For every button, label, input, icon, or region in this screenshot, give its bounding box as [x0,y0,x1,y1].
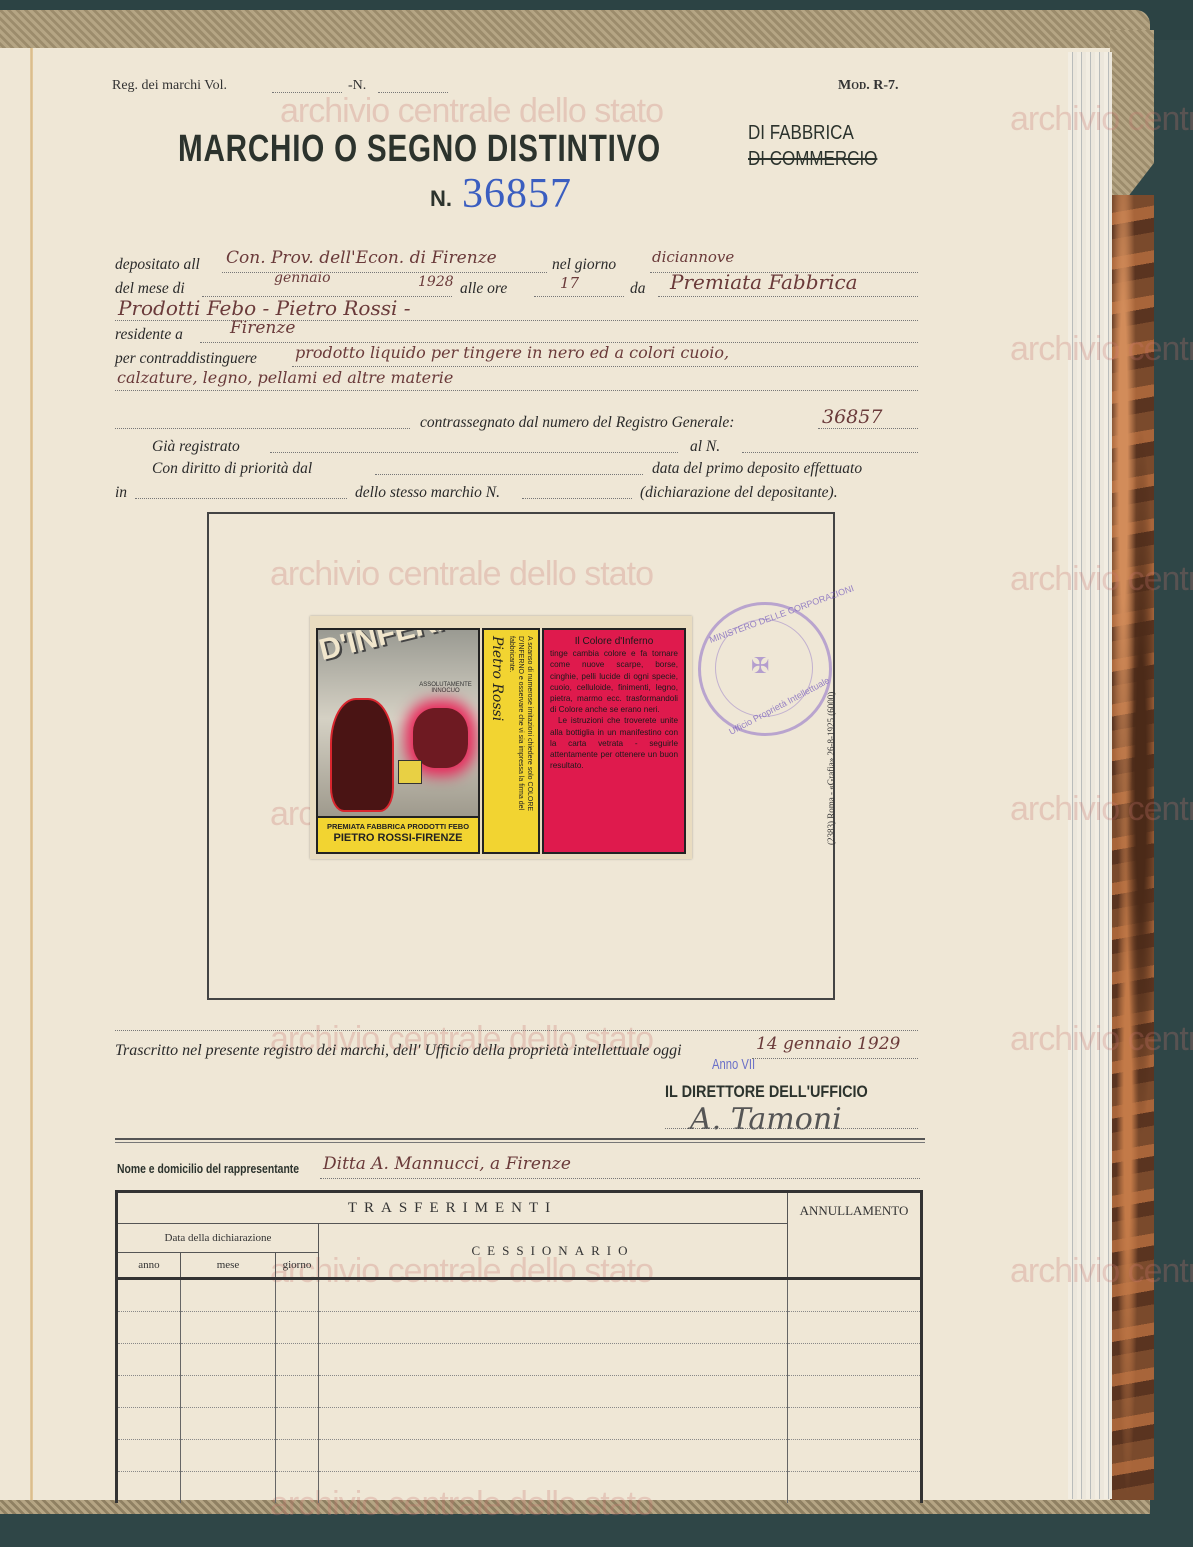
representative-label: Nome e domicilio del rappresentante [117,1161,299,1176]
cell-annullamento [788,1440,922,1472]
cell-annullamento [788,1344,922,1376]
director-label: IL DIRETTORE DELL'UFFICIO [665,1082,868,1102]
watermark: archivio centrale dello stato [1010,330,1193,369]
watermark: archivio centrale dello stato [280,92,663,131]
dotted-line [115,390,918,391]
cell-giorno [276,1279,319,1312]
residente-value: Firenze [230,318,295,338]
label-innocuo: ASSOLUTAMENTE INNOCUO [413,682,478,694]
anno-value: 1928 [418,274,454,290]
stamp-emblem-icon: ✠ [751,653,769,679]
reg-vol-field [272,92,342,93]
table-row [117,1472,922,1504]
cell-annullamento [788,1408,922,1440]
label-middle-text: A scanso di numerose imitazioni chiedere… [492,636,534,846]
number-label: N. [430,186,452,212]
section-divider [115,1138,925,1143]
da-value-cont: Prodotti Febo - Pietro Rossi - [118,296,411,320]
watermark: archivio centrale dello stato [1010,1252,1193,1291]
giorno-label: nel giorno [552,256,616,274]
dotted-line [375,474,643,475]
dotted-line [135,498,347,499]
cell-mese [181,1408,276,1440]
page-title: MARCHIO O SEGNO DISTINTIVO [178,128,661,171]
label-middle-signature: Pietro Rossi [492,636,501,846]
cell-giorno [276,1440,319,1472]
watermark: archivio centrale dello stato [1010,100,1193,139]
cell-mese [181,1472,276,1504]
cell-anno [117,1440,181,1472]
devil-illustration [332,700,392,810]
book-marbled-cover [1110,195,1154,1500]
dotted-line [534,296,624,297]
product-description-cont: calzature, legno, pellami ed altre mater… [117,368,453,387]
cell-mese [181,1376,276,1408]
dotted-line [320,1178,920,1179]
stesso-marchio-label: dello stesso marchio N. [355,484,500,502]
cell-annullamento [788,1376,922,1408]
model-code: Mod. R-7. [838,78,899,94]
cell-mese [181,1279,276,1312]
cell-cessionario [319,1279,788,1312]
registro-value: 36857 [822,406,882,428]
cell-cessionario [319,1472,788,1504]
dotted-line [222,272,547,273]
registro-label: contrassegnato dal numero del Registro G… [420,414,734,432]
depositato-value: Con. Prov. dell'Econ. di Firenze [226,248,497,268]
al-n-label: al N. [690,438,720,456]
giorno-value: diciannove [652,248,734,266]
transfers-title: TRASFERIMENTI [117,1192,788,1224]
watermark: archivio centrale dello stato [1010,560,1193,599]
label-right-text-2: Le istruzioni che troverete unite alla b… [550,715,678,771]
subtitle-fabbrica: DI FABBRICA [748,122,854,145]
label-illustration-panel: D'INFERNO ASSOLUTAMENTE INNOCUO PREMIATA… [316,628,480,854]
printer-note: (2383) Roma - «Grafia» 26-8-1925 (6000) [826,692,836,845]
ore-label: alle ore [460,280,507,298]
subtitle-commercio-struck: DI COMMERCIO [748,148,877,171]
col-annullamento: ANNULLAMENTO [788,1192,922,1279]
label-middle-panel: A scanso di numerose imitazioni chiedere… [482,628,540,854]
table-row [117,1376,922,1408]
cell-annullamento [788,1279,922,1312]
cell-giorno [276,1376,319,1408]
reg-n-field [378,92,448,93]
label-footer-line1: PREMIATA FABBRICA PRODOTTI FEBO [318,822,478,831]
table-row [117,1344,922,1376]
cell-cessionario [319,1344,788,1376]
anno-stamp: Anno VII [712,1056,755,1073]
ministry-stamp: MINISTERO DELLE CORPORAZIONI ✠ Ufficio P… [698,602,832,736]
dotted-line [658,296,918,297]
depositato-label: depositato all [115,256,200,274]
cell-giorno [276,1344,319,1376]
cell-cessionario [319,1408,788,1440]
cell-giorno [276,1312,319,1344]
cell-anno [117,1312,181,1344]
product-description: prodotto liquido per tingere in nero ed … [295,343,729,362]
watermark: archivio centrale dello stato [1010,1020,1193,1059]
transfers-table: TRASFERIMENTI ANNULLAMENTO Data della di… [115,1190,923,1503]
in-label: in [115,484,127,502]
bucket-illustration [398,760,422,784]
transcription-text: Trascritto nel presente registro dei mar… [115,1042,682,1060]
dotted-line [752,1058,918,1059]
date-group-header: Data della dichiarazione [117,1224,319,1253]
label-right-text-1: tinge cambia colore e fa tornare come nu… [550,648,678,715]
dotted-line [742,452,918,453]
col-mese: mese [181,1253,276,1279]
watermark: archivio centrale dello stato [1010,790,1193,829]
cell-anno [117,1376,181,1408]
cell-anno [117,1279,181,1312]
cell-anno [117,1472,181,1504]
cell-anno [117,1344,181,1376]
cell-cessionario [319,1440,788,1472]
cell-giorno [276,1472,319,1504]
dotted-line [115,428,410,429]
label-footer: PREMIATA FABBRICA PRODOTTI FEBO PIETRO R… [318,816,478,852]
cell-annullamento [788,1312,922,1344]
cell-cessionario [319,1312,788,1344]
da-value: Premiata Fabbrica [670,270,858,294]
label-brand: D'INFERNO [316,628,480,668]
contraddistinguere-label: per contraddistinguere [115,350,257,368]
cell-annullamento [788,1472,922,1504]
col-giorno: giorno [276,1253,319,1279]
book-gutter [30,48,33,1503]
cell-mese [181,1312,276,1344]
trademark-number: 36857 [462,170,572,218]
cell-mese [181,1440,276,1472]
table-row [117,1408,922,1440]
reg-vol-label: Reg. dei marchi Vol. [112,78,227,94]
table-row [117,1279,922,1312]
dichiarazione-label: (dichiarazione del depositante). [640,484,838,502]
da-label: da [630,280,646,298]
dotted-line [818,428,918,429]
trademark-label-image: D'INFERNO ASSOLUTAMENTE INNOCUO PREMIATA… [310,616,692,859]
cell-giorno [276,1408,319,1440]
director-signature: A. Tamoni [690,1102,842,1137]
ore-value: 17 [560,274,579,292]
cell-cessionario [319,1376,788,1408]
reg-n-label: -N. [348,78,366,94]
representative-value: Ditta A. Mannucci, a Firenze [323,1154,571,1174]
transcription-date: 14 gennaio 1929 [756,1034,900,1054]
gia-registrato-label: Già registrato [152,438,240,456]
dotted-line [115,1030,918,1031]
primo-deposito-label: data del primo deposito effettuato [652,460,862,478]
dotted-line [270,452,678,453]
residente-label: residente a [115,326,183,344]
dotted-line [665,1128,918,1129]
cell-mese [181,1344,276,1376]
priorita-label: Con diritto di priorità dal [152,460,312,478]
barrel-illustration [413,708,468,768]
dotted-line [292,366,918,367]
col-cessionario: CESSIONARIO [319,1224,788,1279]
cell-anno [117,1408,181,1440]
table-row [117,1312,922,1344]
label-middle-warning: A scanso di numerose imitazioni chiedere… [508,636,533,811]
mese-value: gennaio [274,270,331,286]
label-right-panel: Il Colore d'Inferno tinge cambia colore … [542,628,686,854]
dotted-line [522,498,632,499]
book-cloth-binding-top [0,10,1150,50]
col-anno: anno [117,1253,181,1279]
label-footer-line2: PIETRO ROSSI-FIRENZE [318,832,478,844]
table-row [117,1440,922,1472]
label-right-title: Il Colore d'Inferno [550,636,678,647]
